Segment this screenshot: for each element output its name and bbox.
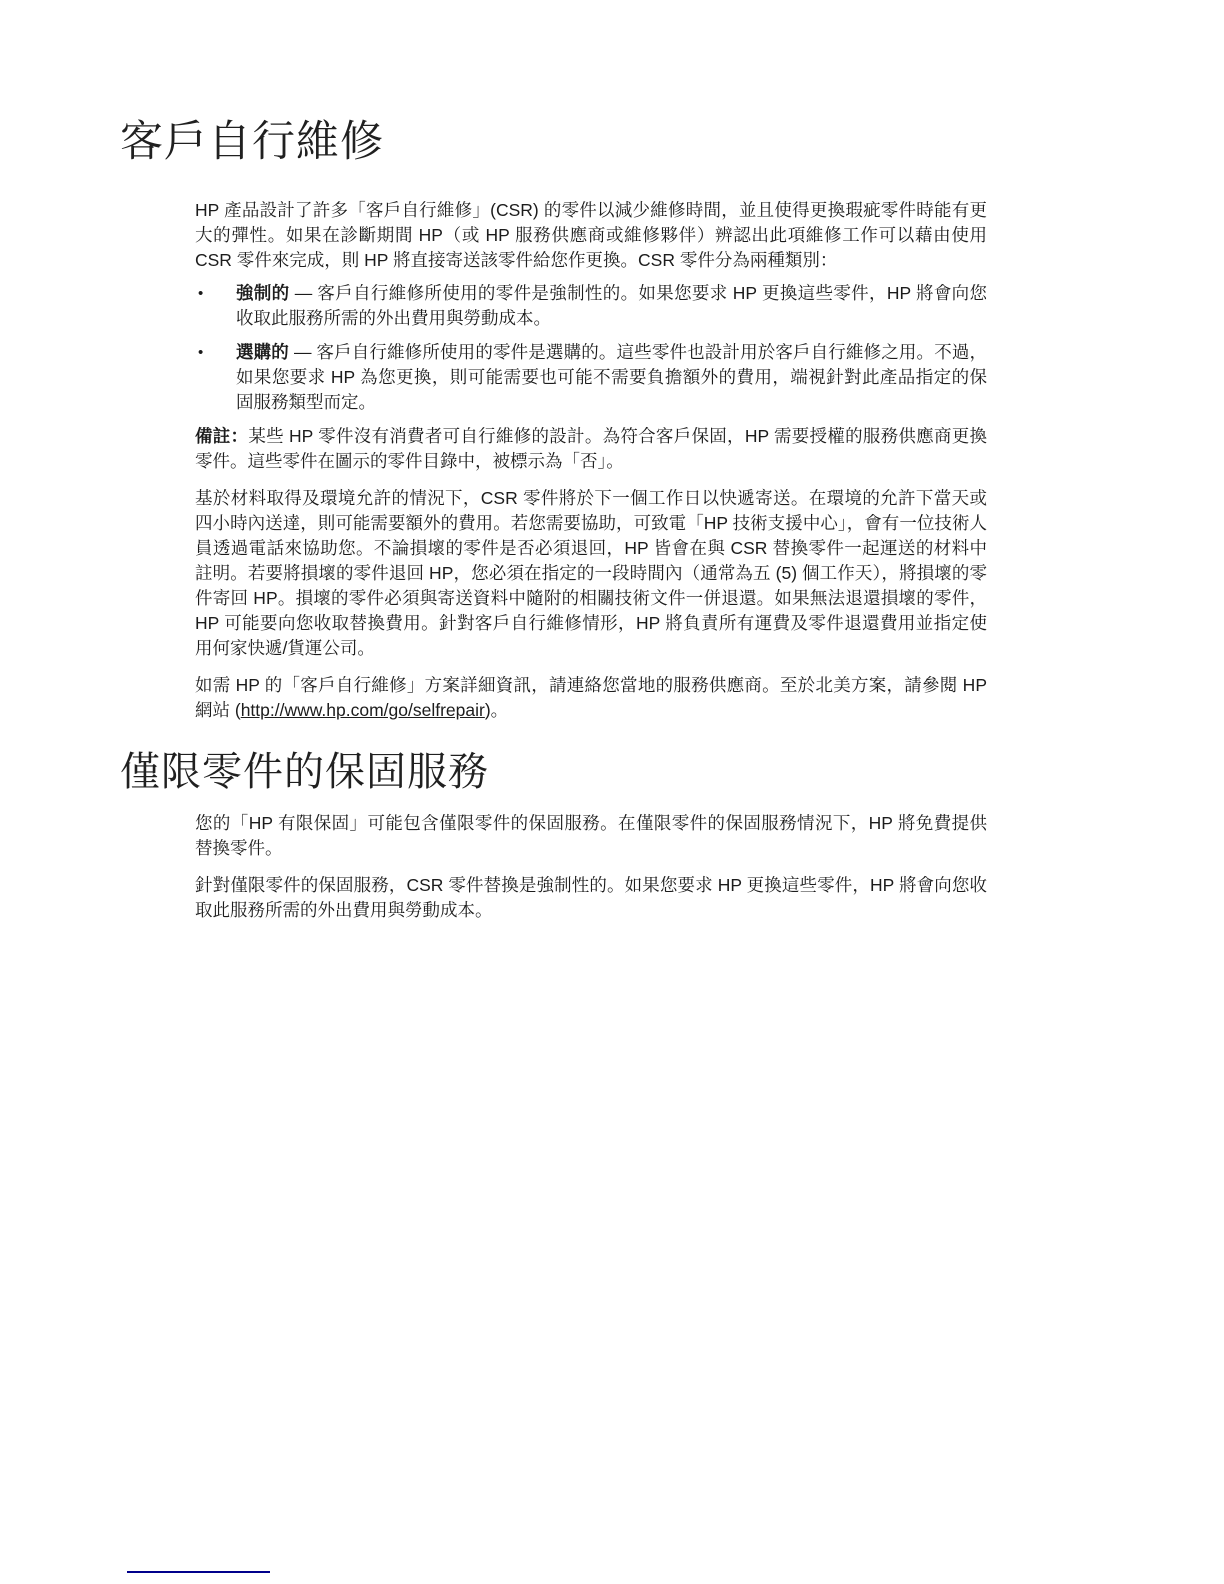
- section-csr-body: HP 產品設計了許多「客戶自行維修」(CSR) 的零件以減少維修時間，並且使得更…: [195, 198, 987, 723]
- more-info-text-after: )。: [485, 700, 508, 720]
- list-item-text: 選購的 — 客戶自行維修所使用的零件是選購的。這些零件也設計用於客戶自行維修之用…: [236, 340, 987, 415]
- paragraph-shipping: 基於材料取得及環境允許的情況下，CSR 零件將於下一個工作日以快遞寄送。在環境的…: [195, 486, 987, 661]
- list-item-text: 強制的 — 客戶自行維修所使用的零件是強制性的。如果您要求 HP 更換這些零件，…: [236, 281, 987, 331]
- bullet-icon: •: [195, 281, 236, 331]
- bullet-icon: •: [195, 340, 236, 415]
- paragraph-parts-only-csr: 針對僅限零件的保固服務，CSR 零件替換是強制性的。如果您要求 HP 更換這些零…: [195, 873, 987, 923]
- paragraph-more-info: 如需 HP 的「客戶自行維修」方案詳細資訊，請連絡您當地的服務供應商。至於北美方…: [195, 673, 987, 723]
- term-dash: —: [289, 342, 317, 362]
- term-mandatory-desc: 客戶自行維修所使用的零件是強制性的。如果您要求 HP 更換這些零件，HP 將會向…: [236, 283, 987, 328]
- footer-rule: [127, 1571, 270, 1573]
- page-title: 客戶自行維修: [0, 0, 1224, 167]
- csr-category-list: • 強制的 — 客戶自行維修所使用的零件是強制性的。如果您要求 HP 更換這些零…: [195, 281, 987, 415]
- document-page: 客戶自行維修 HP 產品設計了許多「客戶自行維修」(CSR) 的零件以減少維修時…: [0, 0, 1224, 1584]
- paragraph-limited-warranty: 您的「HP 有限保固」可能包含僅限零件的保固服務。在僅限零件的保固服務情況下，H…: [195, 811, 987, 861]
- paragraph-note: 備註：某些 HP 零件沒有消費者可自行維修的設計。為符合客戶保固，HP 需要授權…: [195, 424, 987, 474]
- list-item: • 選購的 — 客戶自行維修所使用的零件是選購的。這些零件也設計用於客戶自行維修…: [195, 340, 987, 415]
- term-dash: —: [290, 283, 318, 303]
- section-parts-only-body: 您的「HP 有限保固」可能包含僅限零件的保固服務。在僅限零件的保固服務情況下，H…: [195, 811, 987, 923]
- term-mandatory: 強制的: [236, 283, 290, 303]
- term-optional: 選購的: [236, 342, 289, 362]
- selfrepair-link[interactable]: http://www.hp.com/go/selfrepair: [241, 700, 485, 720]
- note-label: 備註：: [195, 426, 248, 446]
- section-title-parts-only: 僅限零件的保固服務: [120, 749, 1224, 795]
- note-text: 某些 HP 零件沒有消費者可自行維修的設計。為符合客戶保固，HP 需要授權的服務…: [195, 426, 987, 471]
- paragraph-intro: HP 產品設計了許多「客戶自行維修」(CSR) 的零件以減少維修時間，並且使得更…: [195, 198, 987, 273]
- term-optional-desc: 客戶自行維修所使用的零件是選購的。這些零件也設計用於客戶自行維修之用。不過，如果…: [236, 342, 987, 412]
- list-item: • 強制的 — 客戶自行維修所使用的零件是強制性的。如果您要求 HP 更換這些零…: [195, 281, 987, 331]
